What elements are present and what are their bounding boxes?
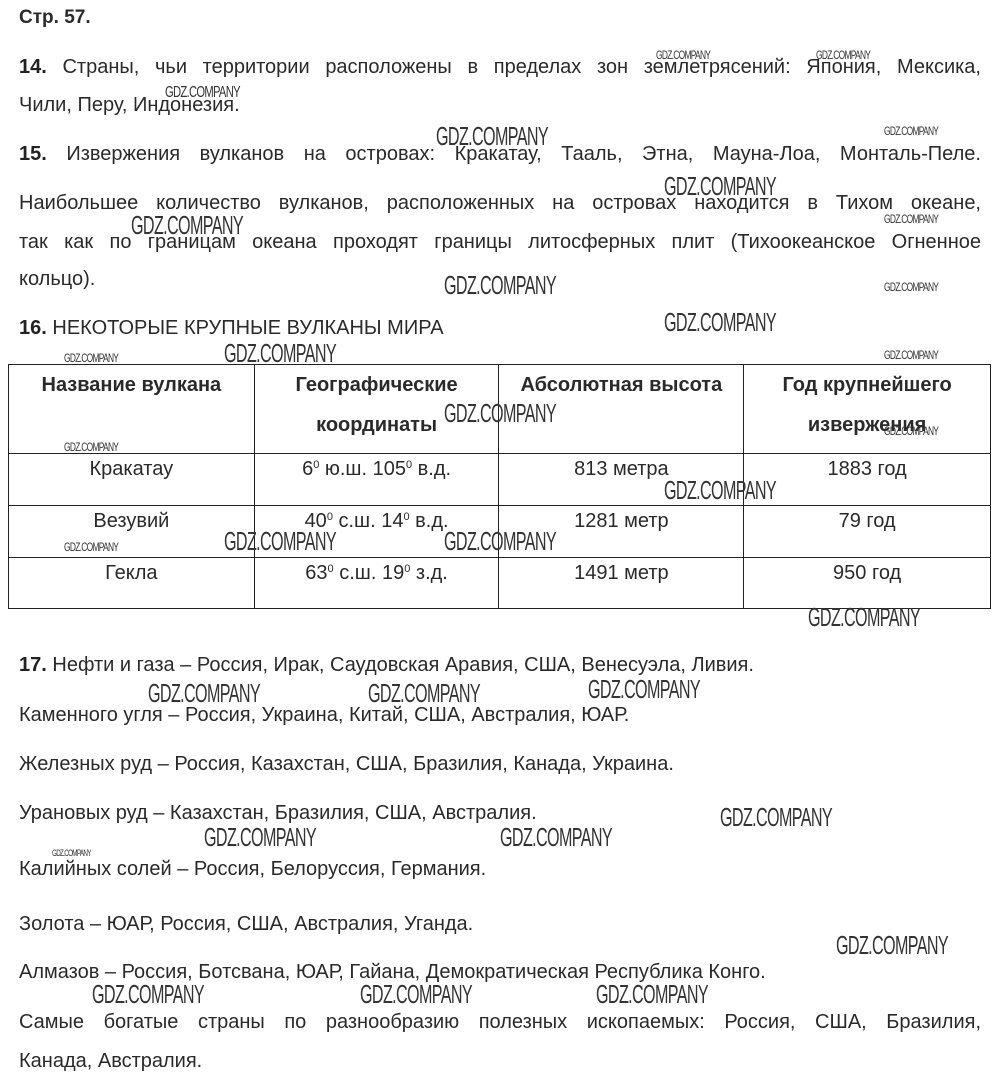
q15-paragraph-line-2: так как по границам океана проходят гран… bbox=[19, 230, 981, 254]
q17-item-uranium: Урановых руд – Казахстан, Бразилия, США,… bbox=[19, 801, 537, 825]
q17-item-diamonds: Алмазов – Россия, Ботсвана, ЮАР, Гайана,… bbox=[19, 960, 766, 984]
watermark: GDZ.COMPANY bbox=[884, 124, 938, 138]
page-title: Стр. 57. bbox=[19, 6, 91, 30]
watermark: GDZ.COMPANY bbox=[664, 307, 776, 338]
q15-text-1: Извержения вулканов на островах: Краката… bbox=[66, 143, 981, 165]
q17-summary-line-2: Канада, Австралия. bbox=[19, 1049, 202, 1073]
watermark: GDZ.COMPANY bbox=[500, 822, 612, 853]
q14-line-1: 14. Страны, чьи территории расположены в… bbox=[19, 55, 981, 79]
q16-title: НЕКОТОРЫЕ КРУПНЫЕ ВУЛКАНЫ МИРА bbox=[52, 317, 443, 339]
q15-number: 15. bbox=[19, 143, 47, 165]
volcano-table: Название вулкана Географические координа… bbox=[8, 364, 991, 609]
q16-number: 16. bbox=[19, 317, 47, 339]
cell-height: 1491 метр bbox=[499, 558, 744, 609]
watermark: GDZ.COMPANY bbox=[836, 930, 948, 961]
q17-item-iron: Железных руд – Россия, Казахстан, США, Б… bbox=[19, 752, 674, 776]
q17-item-coal: Каменного угля – Россия, Украина, Китай,… bbox=[19, 703, 629, 727]
watermark: GDZ.COMPANY bbox=[444, 270, 556, 301]
cell-name: Везувий bbox=[9, 506, 255, 558]
cell-year: 79 год bbox=[744, 506, 991, 558]
cell-height: 1281 метр bbox=[499, 506, 744, 558]
header-eruption-year: Год крупнейшего извержения bbox=[744, 365, 991, 454]
table-row: Гекла 630 с.ш. 190 з.д. 1491 метр 950 го… bbox=[9, 558, 991, 609]
watermark: GDZ.COMPANY bbox=[204, 822, 316, 853]
watermark: GDZ.COMPANY bbox=[588, 674, 700, 705]
q17-item-oil-gas: Нефти и газа – Россия, Ирак, Саудовская … bbox=[52, 654, 754, 676]
q14-number: 14. bbox=[19, 56, 47, 78]
q17-number: 17. bbox=[19, 654, 47, 676]
watermark: GDZ.COMPANY bbox=[884, 280, 938, 294]
q17-item-potash: Калийных солей – Россия, Белоруссия, Гер… bbox=[19, 857, 486, 881]
q15-paragraph-line-3: кольцо). bbox=[19, 267, 95, 291]
watermark: GDZ.COMPANY bbox=[64, 351, 118, 365]
watermark: GDZ.COMPANY bbox=[720, 802, 832, 833]
table-row: Везувий 400 с.ш. 140 в.д. 1281 метр 79 г… bbox=[9, 506, 991, 558]
cell-year: 1883 год bbox=[744, 454, 991, 506]
q14-text-1: Страны, чьи территории расположены в пре… bbox=[62, 56, 981, 78]
header-coordinates: Географические координаты bbox=[254, 365, 499, 454]
header-volcano-name: Название вулкана bbox=[9, 365, 255, 454]
watermark: GDZ.COMPANY bbox=[884, 348, 938, 362]
q14-text-2: Чили, Перу, Индонезия. bbox=[19, 93, 240, 117]
table-header-row: Название вулкана Географические координа… bbox=[9, 365, 991, 454]
table-row: Кракатау 60 ю.ш. 1050 в.д. 813 метра 188… bbox=[9, 454, 991, 506]
q17-item-gold: Золота – ЮАР, Россия, США, Австралия, Уг… bbox=[19, 912, 473, 936]
cell-coordinates: 400 с.ш. 140 в.д. bbox=[254, 506, 499, 558]
cell-name: Гекла bbox=[9, 558, 255, 609]
header-height: Абсолютная высота bbox=[499, 365, 744, 454]
q17-line-1: 17. Нефти и газа – Россия, Ирак, Саудовс… bbox=[19, 653, 754, 677]
q15-line-1: 15. Извержения вулканов на островах: Кра… bbox=[19, 142, 981, 166]
q17-summary-line-1: Самые богатые страны по разнообразию пол… bbox=[19, 1010, 981, 1034]
cell-height: 813 метра bbox=[499, 454, 744, 506]
cell-name: Кракатау bbox=[9, 454, 255, 506]
q16-heading: 16. НЕКОТОРЫЕ КРУПНЫЕ ВУЛКАНЫ МИРА bbox=[19, 316, 444, 340]
q15-paragraph-line-1: Наибольшее количество вулканов, располож… bbox=[19, 191, 981, 215]
cell-year: 950 год bbox=[744, 558, 991, 609]
cell-coordinates: 630 с.ш. 190 з.д. bbox=[254, 558, 499, 609]
cell-coordinates: 60 ю.ш. 1050 в.д. bbox=[254, 454, 499, 506]
